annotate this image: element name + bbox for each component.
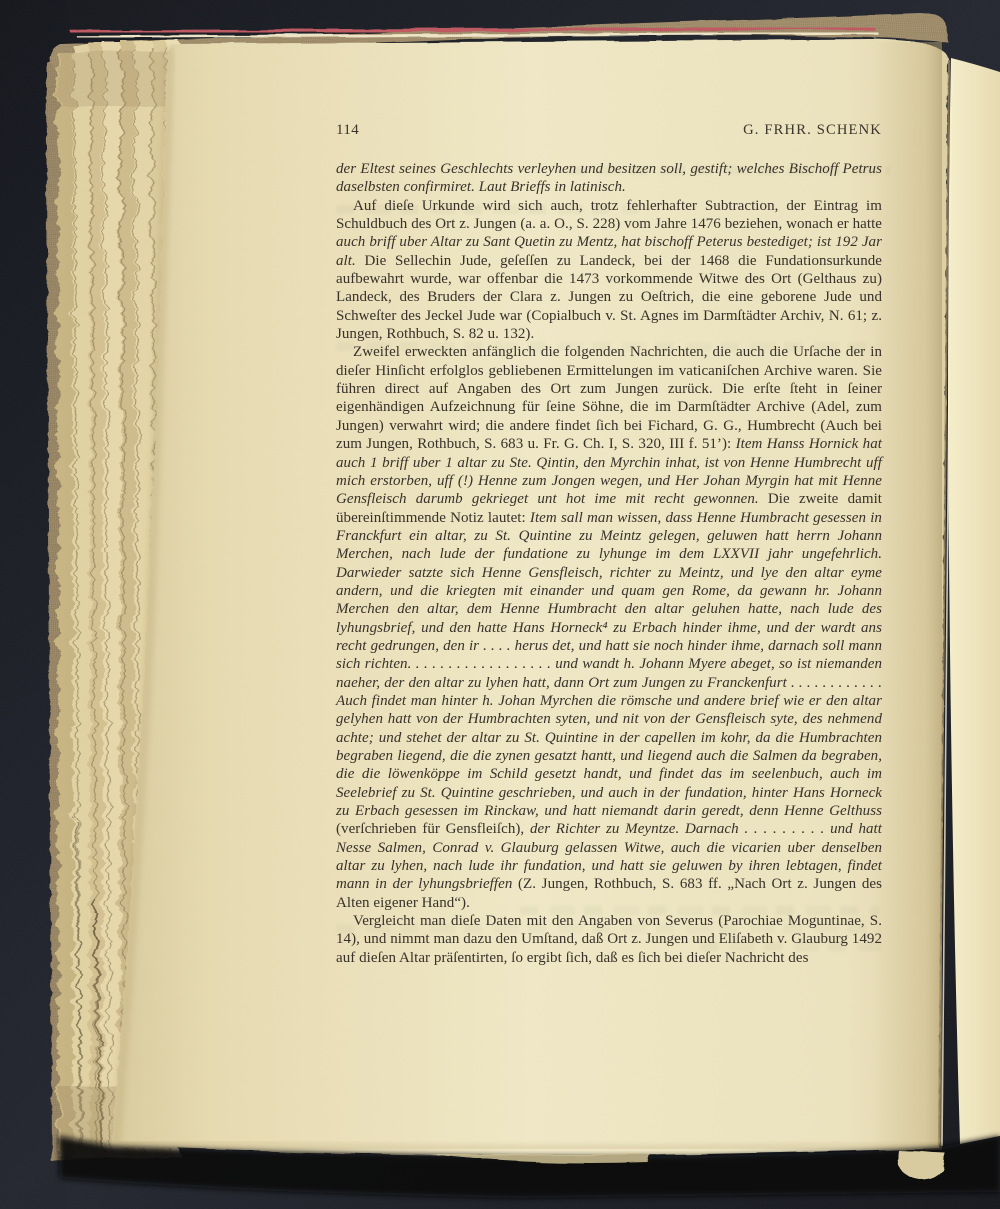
running-head: G. FRHR. SCHENK — [743, 121, 882, 139]
page-content: 114 G. FRHR. SCHENK der Eltest seines Ge… — [336, 121, 882, 967]
paragraph: Zweifel erweckten anfänglich die folgend… — [336, 343, 882, 912]
page-number: 114 — [336, 121, 359, 139]
text-segment-roman: Vergleicht man dieſe Daten mit den Angab… — [336, 913, 882, 966]
paragraph: Auf dieſe Urkunde wird sich auch, trotz … — [336, 197, 882, 344]
text-segment-roman: (verſchrieben für Gensfleiſch), — [336, 821, 530, 837]
paragraph: der Eltest seines Geschlechts verleyhen … — [336, 160, 882, 197]
paragraph: Vergleicht man dieſe Daten mit den Angab… — [336, 912, 882, 967]
text-segment-italic: Item sall man wissen, dass Henne Humbrac… — [336, 510, 882, 820]
text-segment-roman: Die Sellechin Jude, geſeſſen zu Landeck,… — [336, 253, 882, 342]
body-text: der Eltest seines Geschlechts verleyhen … — [336, 160, 882, 967]
text-segment-roman: Auf dieſe Urkunde wird sich auch, trotz … — [336, 198, 882, 232]
scanned-book-page: 114 G. FRHR. SCHENK der Eltest seines Ge… — [0, 0, 1000, 1209]
running-header: 114 G. FRHR. SCHENK — [336, 121, 882, 139]
text-segment-italic: der Eltest seines Geschlechts verleyhen … — [336, 161, 882, 195]
